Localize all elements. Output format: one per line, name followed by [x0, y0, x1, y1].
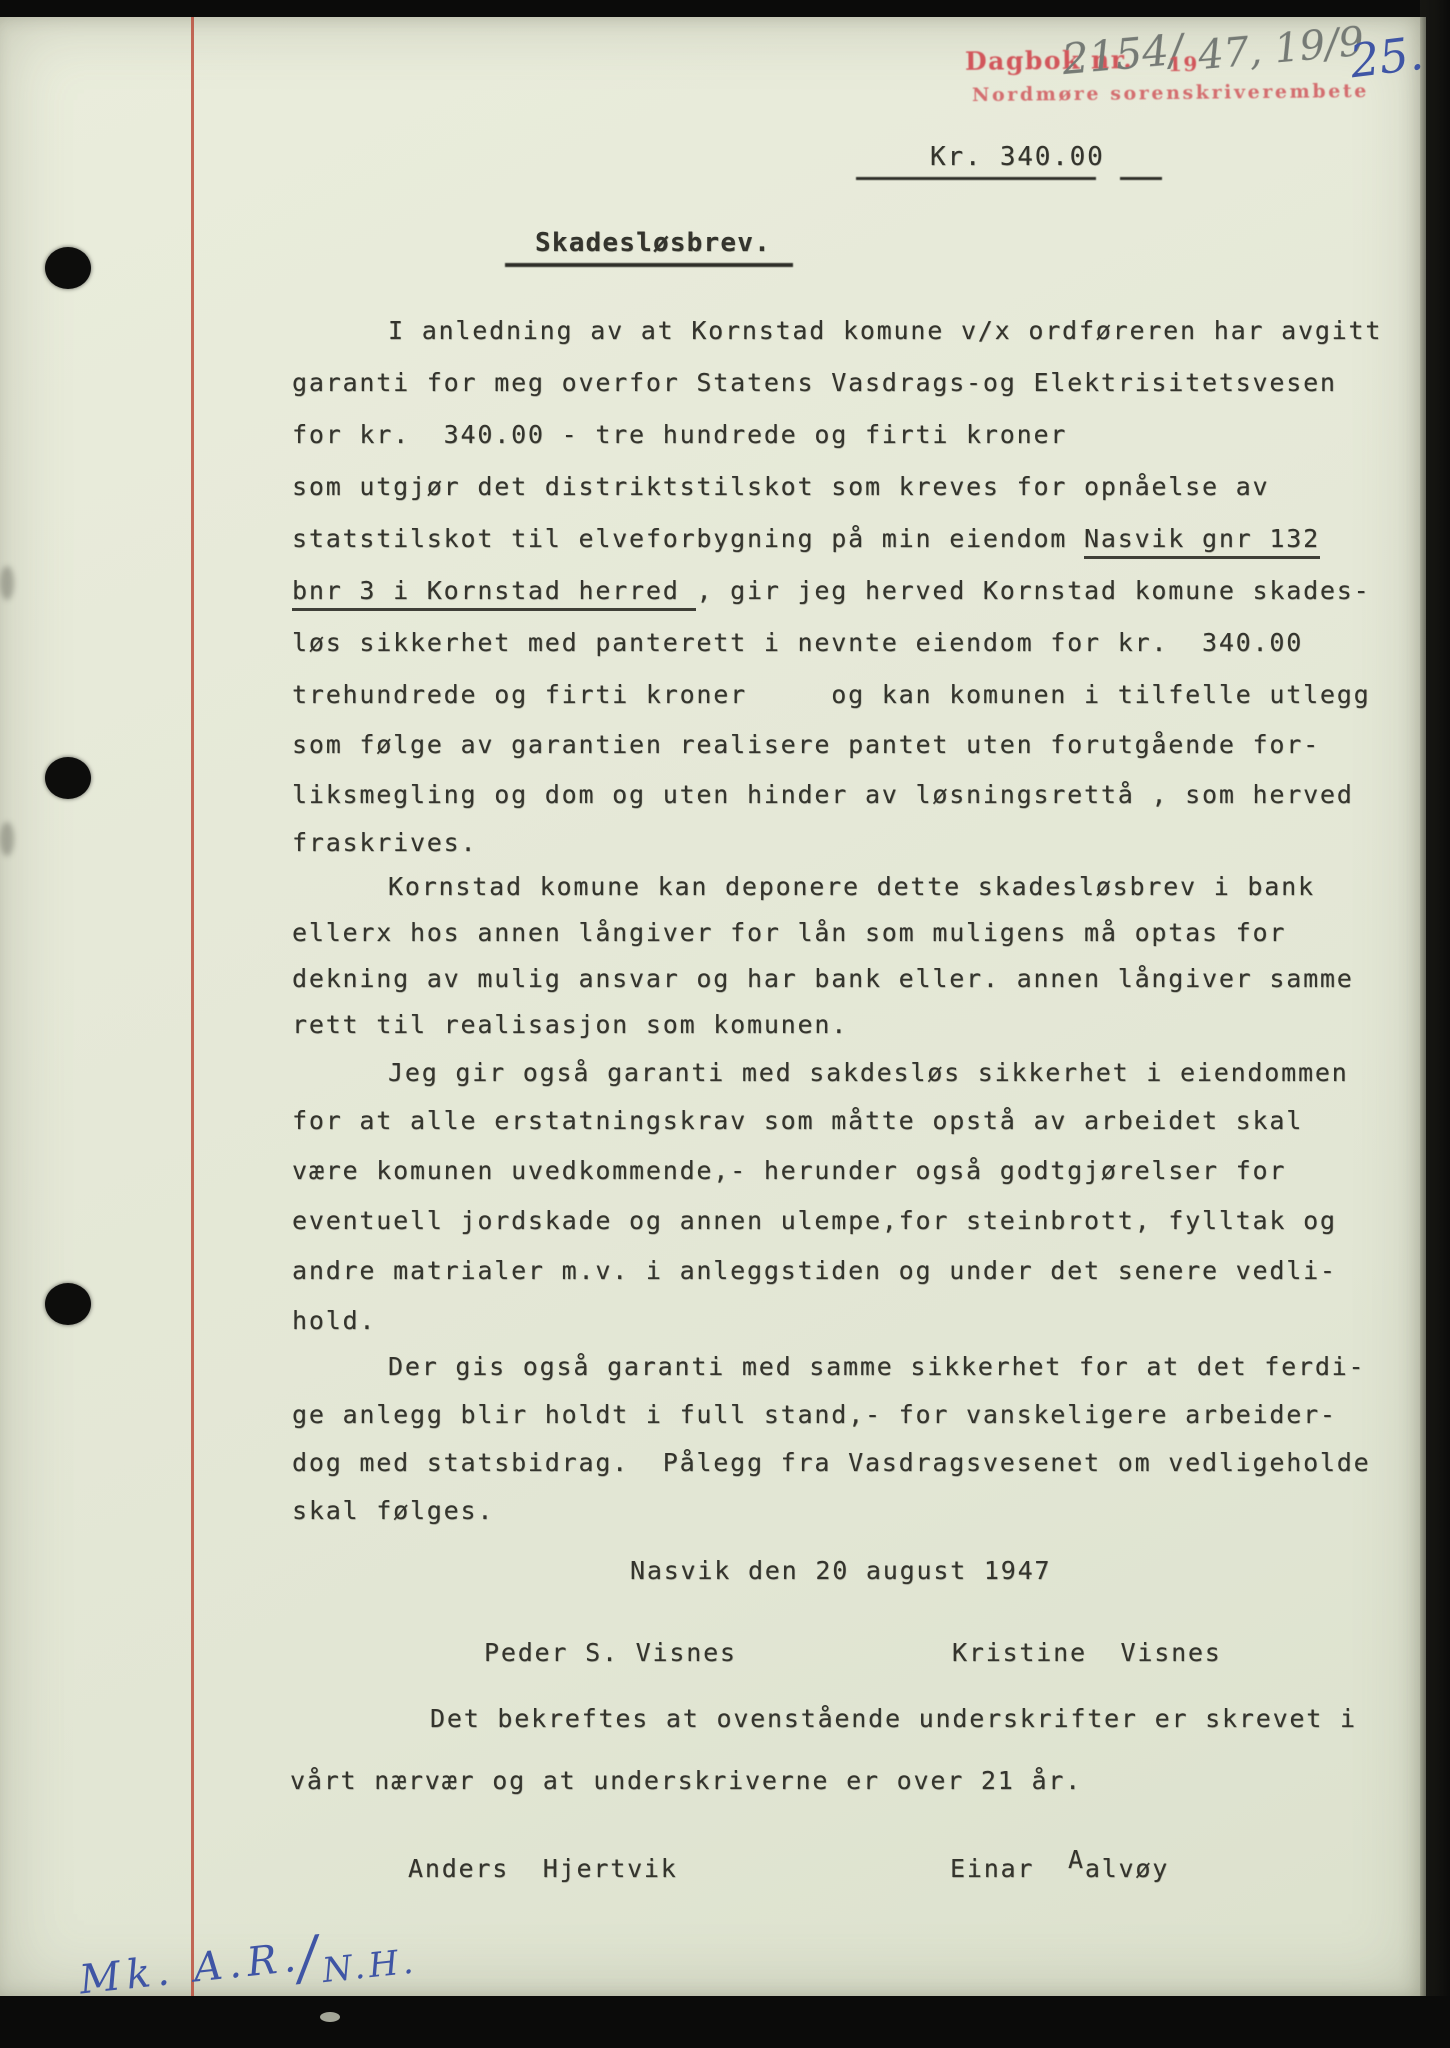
scan-border-right — [1420, 0, 1450, 2048]
amount-underline-dash — [1120, 177, 1162, 180]
body-line: Der gis også garanti med samme sikkerhet… — [292, 1352, 1365, 1381]
raised-letter: A — [1068, 1845, 1085, 1874]
initials-slash: / — [294, 1923, 321, 1993]
body-line: for kr. 340.00 - tre hundrede og firti k… — [292, 420, 1067, 449]
body-line: ge anlegg blir holdt i full stand,- for … — [292, 1400, 1337, 1429]
body-line: for at alle erstatningskrav som måtte op… — [292, 1106, 1303, 1135]
title-underline — [505, 263, 793, 267]
body-line: som følge av garantien realisere pantet … — [292, 730, 1320, 759]
body-line: bnr 3 i Kornstad herred , gir jeg herved… — [292, 576, 1371, 605]
underlined-text: bnr 3 i Kornstad herred — [292, 576, 696, 611]
office-stamp: Nordmøre sorenskriverembete — [972, 80, 1369, 106]
body-line: eventuell jordskade og annen ulempe,for … — [292, 1206, 1337, 1235]
paper-sheet — [0, 16, 1426, 1998]
witness-einar: Einar Aalvøy — [950, 1854, 1169, 1883]
scan-artifact — [320, 2012, 340, 2022]
body-line: hold. — [292, 1306, 376, 1335]
body-line: statstilskot til elveforbygning på min e… — [292, 524, 1320, 553]
underlined-text: Nasvik gnr 132 — [1084, 524, 1320, 559]
body-line: skal følges. — [292, 1496, 494, 1525]
edge-smudge — [0, 822, 14, 856]
scan-border-bottom — [0, 1996, 1450, 2048]
attestation-line-2: vårt nærvær og at underskriverne er over… — [290, 1766, 1082, 1795]
amount-heading: Kr. 340.00 — [930, 142, 1105, 172]
body-line: Jeg gir også garanti med sakdesløs sikke… — [292, 1058, 1349, 1087]
scan-border-top — [0, 0, 1450, 17]
journal-number-handwritten: 2154/ — [1060, 25, 1185, 84]
dateline: Nasvik den 20 august 1947 — [630, 1556, 1051, 1585]
signature-peder: Peder S. Visnes — [484, 1638, 737, 1667]
stamp-year-prefix: 19 — [1168, 52, 1199, 76]
red-margin-line — [191, 16, 194, 1998]
body-line: rett til realisasjon som komunen. — [292, 1010, 848, 1039]
attestation-line-1: Det bekreftes at ovenstående underskrift… — [430, 1704, 1357, 1733]
edge-smudge — [0, 566, 14, 600]
witness-anders: Anders Hjertvik — [408, 1854, 678, 1883]
hole-punch-top — [45, 247, 91, 289]
body-line: løs sikkerhet med panterett i nevnte eie… — [292, 628, 1303, 657]
body-line: dekning av mulig ansvar og har bank elle… — [292, 964, 1354, 993]
body-line: I anledning av at Kornstad komune v/x or… — [292, 316, 1382, 345]
body-line: fraskrives. — [292, 828, 477, 857]
body-line: være komunen uvedkommende,- herunder ogs… — [292, 1156, 1286, 1185]
body-line: garanti for meg overfor Statens Vasdrags… — [292, 368, 1337, 397]
scanned-page: Dagbok nr. 2154/ 19 47, 19/9 25. Nordmør… — [0, 0, 1450, 2048]
body-line: andre matrialer m.v. i anleggstiden og u… — [292, 1256, 1337, 1285]
body-line: ellerx hos annen långiver for lån som mu… — [292, 918, 1286, 947]
document-title: Skadesløsbrev. — [535, 228, 771, 258]
hole-punch-bottom — [45, 1283, 91, 1325]
signature-kristine: Kristine Visnes — [952, 1638, 1222, 1667]
amount-underline — [856, 177, 1096, 180]
hole-punch-middle — [45, 757, 91, 799]
body-line: trehundrede og firti kroner og kan komun… — [292, 680, 1370, 709]
body-line: som utgjør det distriktstilskot som krev… — [292, 472, 1269, 501]
page-number-handwritten: 25. — [1347, 26, 1426, 89]
body-line: liksmegling og dom og uten hinder av løs… — [292, 780, 1354, 809]
body-line: dog med statsbidrag. Pålegg fra Vasdrags… — [292, 1448, 1370, 1477]
body-line: Kornstad komune kan deponere dette skade… — [292, 872, 1315, 901]
